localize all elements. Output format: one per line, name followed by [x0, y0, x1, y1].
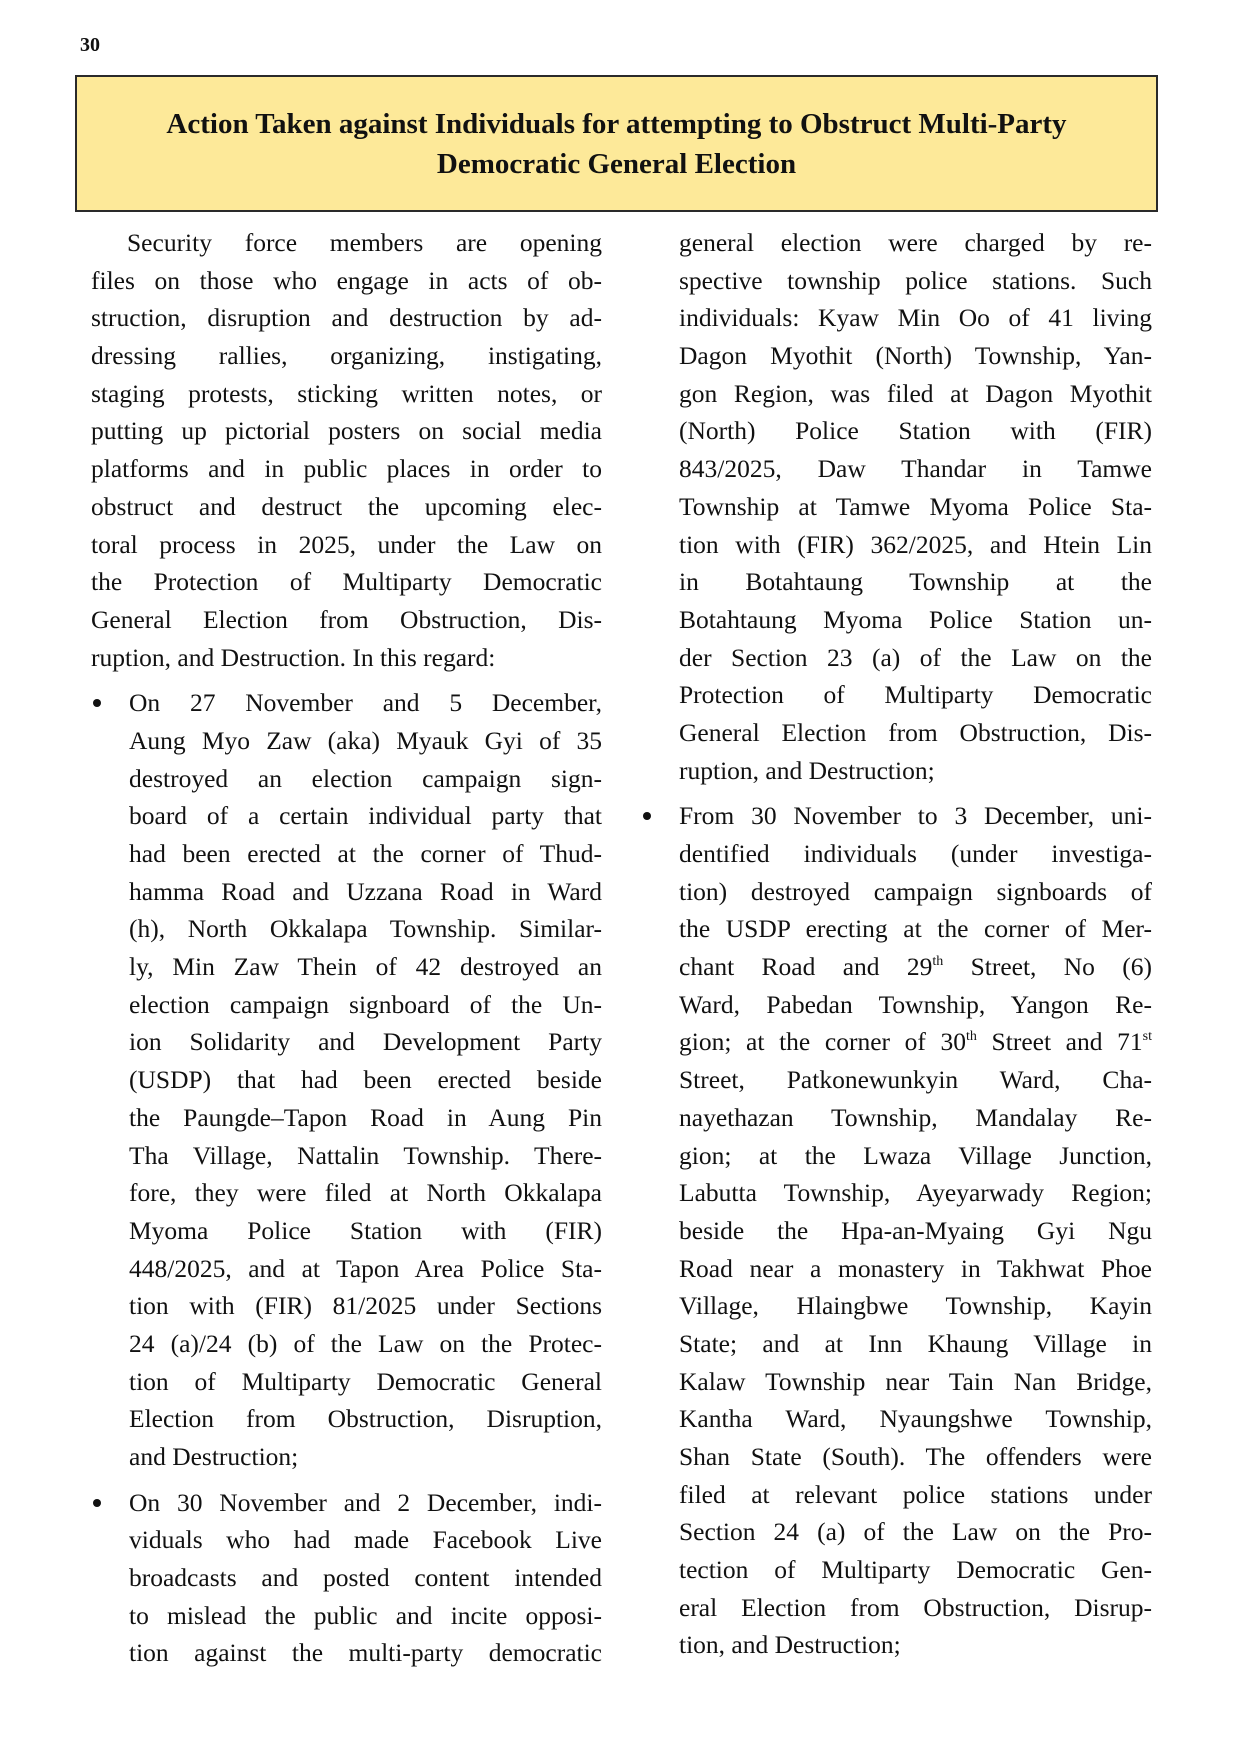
text-line: tion, and Destruction;	[679, 1626, 1152, 1664]
text-line: State; and at Inn Khaung Village in	[679, 1325, 1152, 1363]
text-line: Tha Village, Nattalin Township. There-	[129, 1137, 602, 1175]
bullet-icon	[93, 699, 101, 707]
text-line: fore, they were filed at North Okkalapa	[129, 1174, 602, 1212]
text-line: broadcasts and posted content intended	[129, 1559, 602, 1597]
text-line: eral Election from Obstruction, Disrup-	[679, 1589, 1152, 1627]
text-line: 24 (a)/24 (b) of the Law on the Protec-	[129, 1325, 602, 1363]
text-line: Myoma Police Station with (FIR)	[129, 1212, 602, 1250]
text-line: chant Road and 29th Street, No (6)	[679, 948, 1152, 986]
text-line: Ward, Pabedan Township, Yangon Re-	[679, 986, 1152, 1024]
text-line: tion with (FIR) 81/2025 under Sections	[129, 1287, 602, 1325]
bullet-item-3: From 30 November to 3 December, uni- den…	[641, 797, 1152, 1664]
text-line: general election were charged by re-	[679, 224, 1152, 262]
text-line: Shan State (South). The offenders were	[679, 1438, 1152, 1476]
text-line: (h), North Okkalapa Township. Similar-	[129, 910, 602, 948]
text-line: putting up pictorial posters on social m…	[91, 412, 602, 450]
text-line: beside the Hpa-an-Myaing Gyi Ngu	[679, 1212, 1152, 1250]
text-line: Kantha Ward, Nyaungshwe Township,	[679, 1400, 1152, 1438]
text-line: tection of Multiparty Democratic Gen-	[679, 1551, 1152, 1589]
text-line: Street, Patkonewunkyin Ward, Cha-	[679, 1061, 1152, 1099]
text-line: the Paungde–Tapon Road in Aung Pin	[129, 1099, 602, 1137]
text-line: gon Region, was filed at Dagon Myothit	[679, 375, 1152, 413]
text-line: General Election from Obstruction, Dis-	[91, 601, 602, 639]
right-column: general election were charged by re- spe…	[641, 224, 1152, 1664]
text-line: Section 24 (a) of the Law on the Pro-	[679, 1513, 1152, 1551]
text-line: 843/2025, Daw Thandar in Tamwe	[679, 450, 1152, 488]
section-title-box: Action Taken against Individuals for att…	[75, 75, 1158, 212]
text-line: Election from Obstruction, Disruption,	[129, 1400, 602, 1438]
bullet-item-1: On 27 November and 5 December, Aung Myo …	[91, 684, 602, 1475]
text-line: 448/2025, and at Tapon Area Police Sta-	[129, 1250, 602, 1288]
text-line: Township at Tamwe Myoma Police Sta-	[679, 488, 1152, 526]
text-line: Protection of Multiparty Democratic	[679, 676, 1152, 714]
text-line: struction, disruption and destruction by…	[91, 299, 602, 337]
text-line: destroyed an election campaign sign-	[129, 760, 602, 798]
text-line: Kalaw Township near Tain Nan Bridge,	[679, 1363, 1152, 1401]
text-line: had been erected at the corner of Thud-	[129, 835, 602, 873]
text-line: dentified individuals (under investiga-	[679, 835, 1152, 873]
text-line: viduals who had made Facebook Live	[129, 1521, 602, 1559]
text-line: the Protection of Multiparty Democratic	[91, 563, 602, 601]
text-line: Village, Hlaingbwe Township, Kayin	[679, 1287, 1152, 1325]
text-span: chant Road and 29	[679, 952, 932, 981]
text-line: hamma Road and Uzzana Road in Ward	[129, 873, 602, 911]
left-column: Security force members are opening files…	[91, 224, 602, 1672]
bullet-item-2-continued: general election were charged by re- spe…	[641, 224, 1152, 789]
text-line: staging protests, sticking written notes…	[91, 375, 602, 413]
text-span: Street and 71	[977, 1027, 1143, 1056]
text-line: individuals: Kyaw Min Oo of 41 living	[679, 299, 1152, 337]
ordinal-suffix: th	[932, 954, 943, 969]
text-line: filed at relevant police stations under	[679, 1476, 1152, 1514]
text-line: tion) destroyed campaign signboards of	[679, 873, 1152, 911]
intro-paragraph: Security force members are opening files…	[91, 224, 602, 676]
text-line: On 27 November and 5 December,	[129, 684, 602, 722]
text-line: in Botahtaung Township at the	[679, 563, 1152, 601]
text-line: Botahtaung Myoma Police Station un-	[679, 601, 1152, 639]
text-line: (USDP) that had been erected beside	[129, 1061, 602, 1099]
text-line: ion Solidarity and Development Party	[129, 1023, 602, 1061]
text-span: gion; at the corner of 30	[679, 1027, 966, 1056]
text-line: obstruct and destruct the upcoming elec-	[91, 488, 602, 526]
bullet-item-2: On 30 November and 2 December, indi- vid…	[91, 1484, 602, 1672]
text-line: der Section 23 (a) of the Law on the	[679, 639, 1152, 677]
text-line: Labutta Township, Ayeyarwady Region;	[679, 1174, 1152, 1212]
section-title-line-2: Democratic General Election	[437, 144, 796, 184]
text-line: (North) Police Station with (FIR)	[679, 412, 1152, 450]
text-line: board of a certain individual party that	[129, 797, 602, 835]
bullet-icon	[643, 812, 651, 820]
text-line: From 30 November to 3 December, uni-	[679, 797, 1152, 835]
text-line: spective township police stations. Such	[679, 262, 1152, 300]
text-line: toral process in 2025, under the Law on	[91, 526, 602, 564]
bullet-icon	[93, 1499, 101, 1507]
text-line: Road near a monastery in Takhwat Phoe	[679, 1250, 1152, 1288]
page-number: 30	[80, 34, 100, 57]
text-line: Dagon Myothit (North) Township, Yan-	[679, 337, 1152, 375]
text-line: to mislead the public and incite opposi-	[129, 1597, 602, 1635]
text-line: and Destruction;	[129, 1438, 602, 1476]
text-line: election campaign signboard of the Un-	[129, 986, 602, 1024]
text-line: tion of Multiparty Democratic General	[129, 1363, 602, 1401]
ordinal-suffix: th	[966, 1029, 977, 1044]
text-line: the USDP erecting at the corner of Mer-	[679, 910, 1152, 948]
text-line: dressing rallies, organizing, instigatin…	[91, 337, 602, 375]
text-line: tion with (FIR) 362/2025, and Htein Lin	[679, 526, 1152, 564]
text-line: Security force members are opening	[91, 224, 602, 262]
section-title-line-1: Action Taken against Individuals for att…	[166, 104, 1066, 144]
text-line: ly, Min Zaw Thein of 42 destroyed an	[129, 948, 602, 986]
text-line: Aung Myo Zaw (aka) Myauk Gyi of 35	[129, 722, 602, 760]
text-line: files on those who engage in acts of ob-	[91, 262, 602, 300]
text-line: ruption, and Destruction. In this regard…	[91, 639, 602, 677]
text-line: ruption, and Destruction;	[679, 752, 1152, 790]
text-line: platforms and in public places in order …	[91, 450, 602, 488]
ordinal-suffix: st	[1143, 1029, 1152, 1044]
text-line: General Election from Obstruction, Dis-	[679, 714, 1152, 752]
text-line: gion; at the Lwaza Village Junction,	[679, 1137, 1152, 1175]
text-line: tion against the multi-party democratic	[129, 1634, 602, 1672]
text-span: Street, No (6)	[943, 952, 1152, 981]
text-line: gion; at the corner of 30th Street and 7…	[679, 1023, 1152, 1061]
text-line: On 30 November and 2 December, indi-	[129, 1484, 602, 1522]
text-line: nayethazan Township, Mandalay Re-	[679, 1099, 1152, 1137]
